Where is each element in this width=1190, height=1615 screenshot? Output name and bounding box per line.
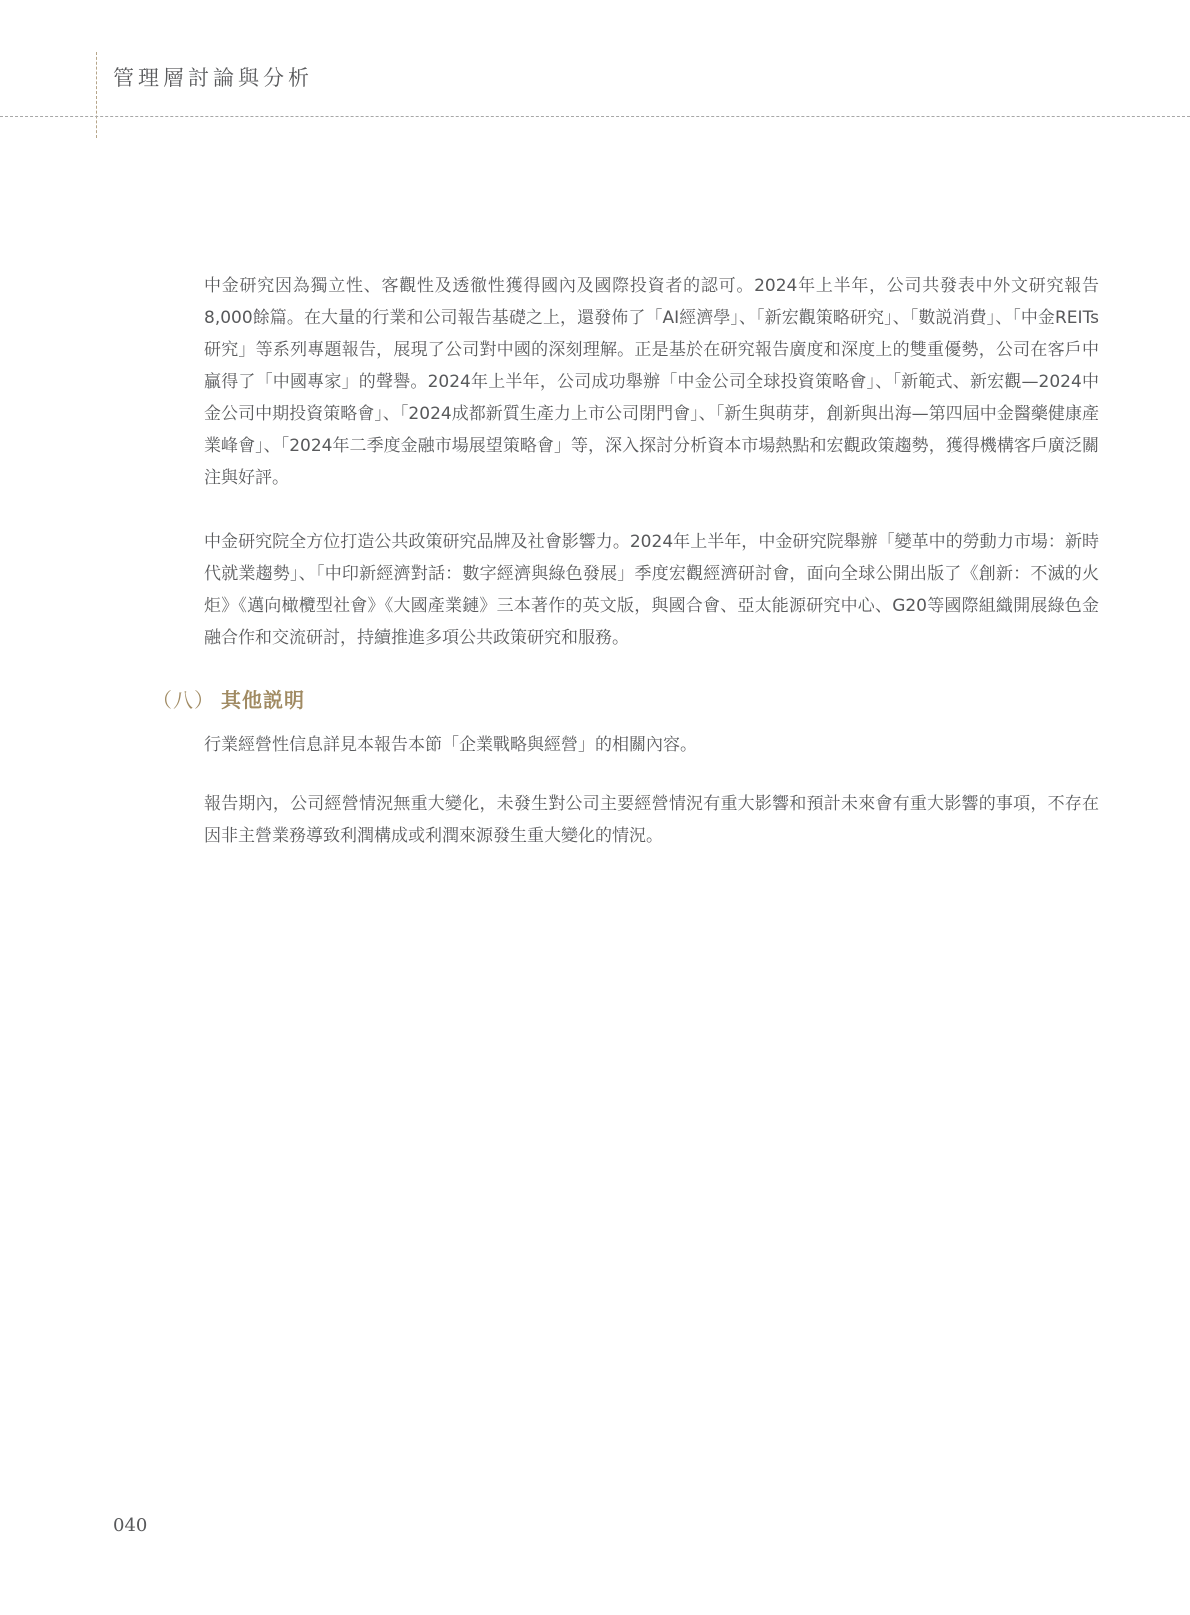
header-vertical-divider (96, 52, 97, 138)
page-header-title: 管理層討論與分析 (113, 62, 313, 92)
header-horizontal-divider (0, 116, 1190, 117)
paragraph-operating-status: 報告期內，公司經營情況無重大變化，未發生對公司主要經營情況有重大影響和預計未來會… (204, 788, 1099, 852)
section-title: 其他説明 (221, 688, 305, 712)
page-number: 040 (113, 1515, 147, 1536)
section-heading-other-notes: （八）其他説明 (152, 684, 305, 713)
paragraph-research-reports: 中金研究因為獨立性、客觀性及透徹性獲得國內及國際投資者的認可。2024年上半年，… (204, 270, 1099, 494)
section-number: （八） (152, 688, 215, 712)
paragraph-industry-info: 行業經營性信息詳見本報告本節「企業戰略與經營」的相關內容。 (204, 729, 1099, 761)
paragraph-research-institute: 中金研究院全方位打造公共政策研究品牌及社會影響力。2024年上半年，中金研究院舉… (204, 526, 1099, 654)
